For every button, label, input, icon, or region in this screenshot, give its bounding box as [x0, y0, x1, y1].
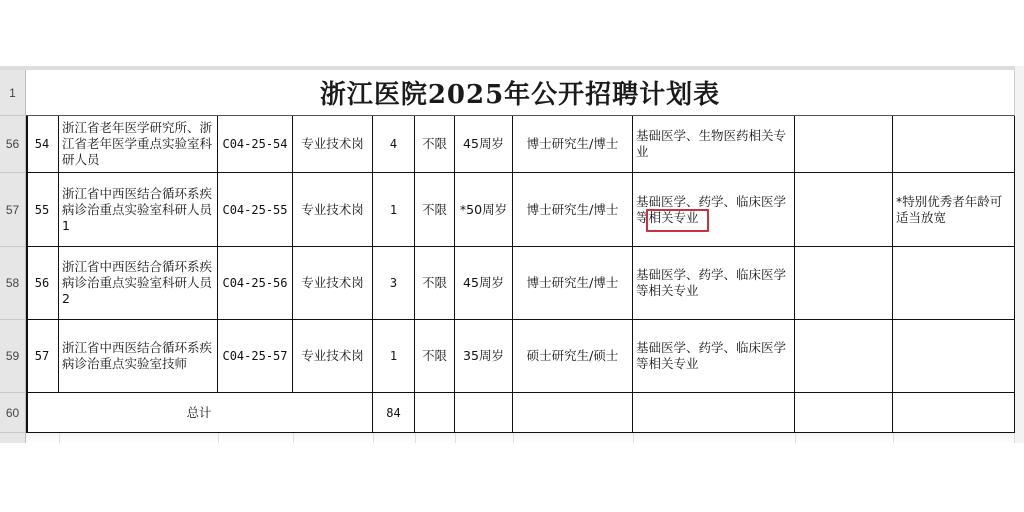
gridline [893, 433, 894, 443]
cell-remark[interactable] [893, 116, 1015, 173]
cell-gender[interactable]: 不限 [415, 247, 455, 320]
gridline [455, 433, 456, 443]
row-header-58[interactable]: 58 [0, 247, 26, 320]
cell-age[interactable]: 45周岁 [455, 116, 513, 173]
cell-gender[interactable]: 不限 [415, 173, 455, 247]
cell-education[interactable]: 博士研究生/博士 [513, 247, 633, 320]
cell-gender[interactable]: 不限 [415, 320, 455, 393]
cell-count[interactable]: 1 [373, 320, 415, 393]
gridline [415, 433, 416, 443]
cell-position-name[interactable]: 浙江省中西医结合循环系疾病诊治重点实验室科研人员1 [59, 173, 218, 247]
cell-seq[interactable]: 56 [26, 247, 59, 320]
cell-remark[interactable] [893, 247, 1015, 320]
cell-count[interactable]: 1 [373, 173, 415, 247]
sheet-title[interactable]: 浙江医院2025年公开招聘计划表 [26, 70, 1015, 116]
row-header-60[interactable]: 60 [0, 393, 26, 433]
gridline [633, 433, 634, 443]
spreadsheet: 1 56 57 58 59 60 浙江医院2025年公开招聘计划表 54 浙江省… [0, 0, 1024, 512]
row-header-1[interactable]: 1 [0, 70, 26, 116]
cell-age[interactable]: 45周岁 [455, 247, 513, 320]
cell-seq[interactable]: 55 [26, 173, 59, 247]
cell-remark[interactable] [893, 320, 1015, 393]
gridline [1014, 433, 1015, 443]
cell-empty[interactable] [415, 393, 455, 433]
cell-position-name[interactable]: 浙江省老年医学研究所、浙江省老年医学重点实验室科研人员 [59, 116, 218, 173]
cell-age[interactable]: *50周岁 [455, 173, 513, 247]
gridline [795, 433, 796, 443]
cell-education[interactable]: 博士研究生/博士 [513, 173, 633, 247]
cell-post-type[interactable]: 专业技术岗 [293, 247, 373, 320]
gridline [59, 433, 60, 443]
highlight-box-annotation [646, 209, 709, 232]
cell-other[interactable] [795, 320, 893, 393]
cell-code[interactable]: C04-25-54 [218, 116, 293, 173]
cell-age[interactable]: 35周岁 [455, 320, 513, 393]
cell-empty[interactable] [795, 393, 893, 433]
cell-other[interactable] [795, 173, 893, 247]
row-header-59[interactable]: 59 [0, 320, 26, 393]
cell-position-name[interactable]: 浙江省中西医结合循环系疾病诊治重点实验室技师 [59, 320, 218, 393]
next-row-fade [26, 433, 1015, 443]
cell-education[interactable]: 博士研究生/博士 [513, 116, 633, 173]
gridline [218, 433, 219, 443]
cell-count[interactable]: 3 [373, 247, 415, 320]
cell-position-name[interactable]: 浙江省中西医结合循环系疾病诊治重点实验室科研人员2 [59, 247, 218, 320]
total-label[interactable]: 总计 [26, 393, 373, 433]
cell-remark[interactable]: *特别优秀者年龄可适当放宽 [893, 173, 1015, 247]
total-count[interactable]: 84 [373, 393, 415, 433]
gridline [373, 433, 374, 443]
cell-post-type[interactable]: 专业技术岗 [293, 116, 373, 173]
cell-post-type[interactable]: 专业技术岗 [293, 320, 373, 393]
cell-code[interactable]: C04-25-55 [218, 173, 293, 247]
cell-code[interactable]: C04-25-56 [218, 247, 293, 320]
gridline [293, 433, 294, 443]
cell-empty[interactable] [513, 393, 633, 433]
cell-other[interactable] [795, 247, 893, 320]
cell-empty[interactable] [633, 393, 795, 433]
cell-other[interactable] [795, 116, 893, 173]
cell-empty[interactable] [893, 393, 1015, 433]
cell-code[interactable]: C04-25-57 [218, 320, 293, 393]
cell-post-type[interactable]: 专业技术岗 [293, 173, 373, 247]
cell-education[interactable]: 硕士研究生/硕士 [513, 320, 633, 393]
cell-empty[interactable] [455, 393, 513, 433]
cell-count[interactable]: 4 [373, 116, 415, 173]
sheet-edge [1015, 66, 1024, 443]
cell-major[interactable]: 基础医学、药学、临床医学等相关专业 [633, 247, 795, 320]
row-header-57[interactable]: 57 [0, 173, 26, 247]
cell-major[interactable]: 基础医学、生物医药相关专业 [633, 116, 795, 173]
row-header-61[interactable] [0, 433, 26, 443]
gridline [513, 433, 514, 443]
row-header-56[interactable]: 56 [0, 116, 26, 173]
cell-major[interactable]: 基础医学、药学、临床医学等相关专业 [633, 320, 795, 393]
cell-seq[interactable]: 57 [26, 320, 59, 393]
cell-gender[interactable]: 不限 [415, 116, 455, 173]
cell-seq[interactable]: 54 [26, 116, 59, 173]
